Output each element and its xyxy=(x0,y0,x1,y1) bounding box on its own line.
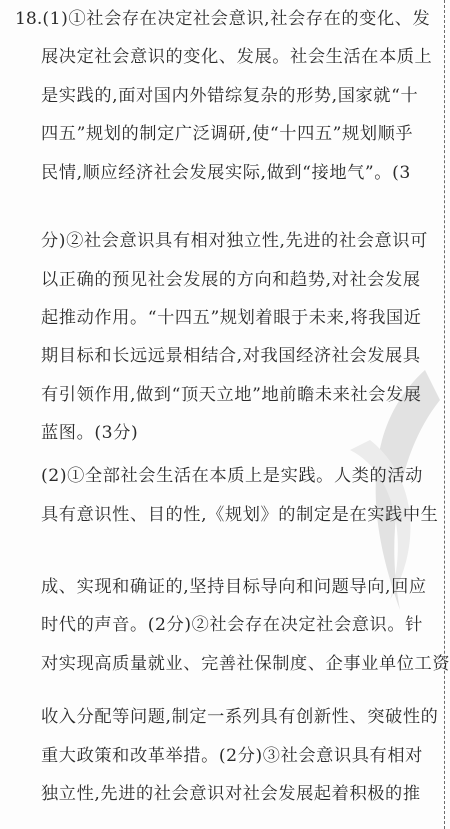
answer-line: 展决定社会意识的变化、发展。社会生活在本质上 xyxy=(41,45,432,69)
answer-line: 是实践的,面对国内外错综复杂的形势,国家就“十 xyxy=(41,84,418,108)
answer-line: 四五”规划的制定广泛调研,使“十四五”规划顺乎 xyxy=(41,122,413,146)
answer-line: 成、实现和确证的,坚持目标导向和问题导向,回应 xyxy=(41,575,427,599)
answer-line: 有引领作用,做到“顶天立地”地前瞻未来社会发展 xyxy=(41,383,422,407)
question-number: 18. xyxy=(15,9,42,29)
answer-line: 收入分配等问题,制定一系列具有创新性、突破性的 xyxy=(41,705,438,729)
answer-line: 对实现高质量就业、完善社保制度、企事业单位工资 xyxy=(41,652,450,676)
answer-line: 具有意识性、目的性,《规划》的制定是在实践中生 xyxy=(41,503,438,527)
answer-line: 起推动作用。“十四五”规划着眼于未来,将我国近 xyxy=(41,306,422,330)
answer-line: 时代的声音。(2分)②社会存在决定社会意识。针 xyxy=(41,613,423,637)
answer-line: 期目标和长远远景相结合,对我国经济社会发展具 xyxy=(41,344,421,368)
answer-line: (2)①全部社会生活在本质上是实践。人类的活动 xyxy=(41,464,423,488)
answer-line: 分)②社会意识具有相对独立性,先进的社会意识可 xyxy=(41,229,428,253)
answer-line: 以正确的预见社会发展的方向和趋势,对社会发展 xyxy=(41,268,421,292)
answer-page: 18.(1)①社会存在决定社会意识,社会存在的变化、发 展决定社会意识的变化、发… xyxy=(0,0,450,829)
answer-line: 重大政策和改革举措。(2分)③社会意识具有相对 xyxy=(41,744,423,768)
answer-line: 独立性,先进的社会意识对社会发展起着积极的推 xyxy=(41,782,421,806)
answer-line: 民情,顺应经济社会发展实际,做到“接地气”。(3 xyxy=(41,161,411,185)
answer-line: 蓝图。(3分) xyxy=(41,421,138,445)
answer-line: 18.(1)①社会存在决定社会意识,社会存在的变化、发 xyxy=(15,7,430,31)
cut-line-divider xyxy=(444,0,445,829)
